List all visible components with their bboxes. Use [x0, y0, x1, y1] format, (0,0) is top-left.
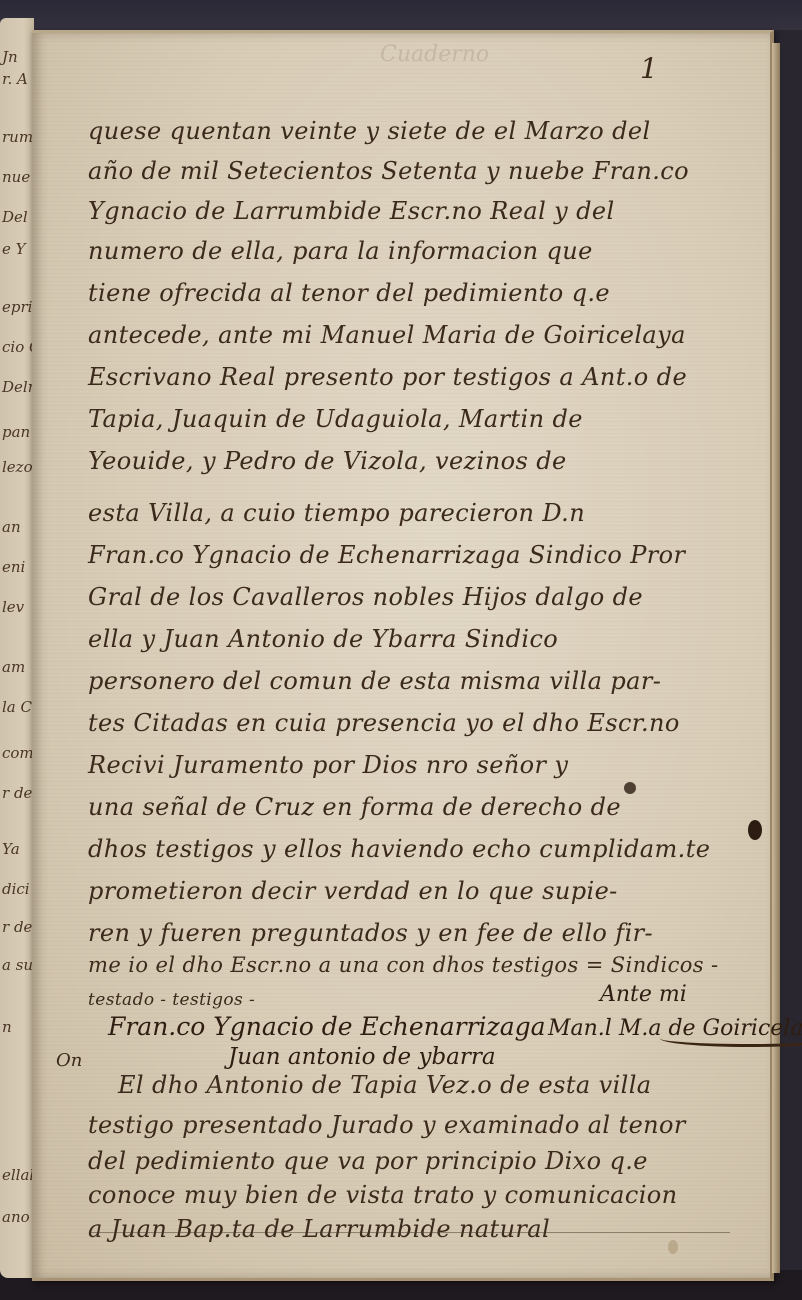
background-top	[0, 0, 802, 30]
bleed-through-text: Cuaderno	[380, 42, 489, 67]
text-line: Recivi Juramento por Dios nro señor y	[88, 750, 768, 780]
prev-page-fragment: com	[2, 744, 34, 762]
prev-page-fragment: n	[2, 1018, 12, 1036]
prev-page-fragment: ellal	[2, 1166, 34, 1184]
prev-page-fragment: pan	[2, 423, 30, 441]
prev-page-fragment: am	[2, 658, 25, 676]
text-line: personero del comun de esta misma villa …	[88, 666, 768, 696]
text-line: a Juan Bap.ta de Larrumbide natural	[88, 1214, 768, 1244]
prev-page-fragment: Ya	[2, 840, 20, 858]
ruled-line	[90, 1232, 730, 1233]
prev-page-fragment: nue	[2, 168, 30, 186]
folio-number: 1	[640, 52, 658, 85]
prev-page-fragment: Delm	[2, 378, 34, 396]
text-line: una señal de Cruz en forma de derecho de	[88, 792, 768, 822]
prev-page-fragment: lev	[2, 598, 24, 616]
prev-page-fragment: ano	[2, 1208, 30, 1226]
prev-page-fragment: Del	[2, 208, 28, 226]
text-line: El dho Antonio de Tapia Vez.o de esta vi…	[118, 1070, 798, 1100]
text-line: conoce muy bien de vista trato y comunic…	[88, 1180, 768, 1210]
signature-ybarra: Juan antonio de ybarra	[228, 1044, 496, 1070]
text-line: año de mil Setecientos Setenta y nuebe F…	[88, 156, 768, 186]
signature-goiricelaya: Man.l M.a de Goiricelaya	[548, 1016, 802, 1041]
signature-ante-mi: Ante mi	[600, 982, 687, 1007]
text-line: ren y fueren preguntados y en fee de ell…	[88, 918, 768, 948]
prev-page-fragment: e Y	[2, 240, 26, 258]
margin-note: On	[56, 1050, 82, 1071]
text-line: tiene ofrecida al tenor del pedimiento q…	[88, 278, 768, 308]
prev-page-fragment: eni	[2, 558, 25, 576]
text-line: dhos testigos y ellos haviendo echo cump…	[88, 834, 768, 864]
text-line: numero de ella, para la informacion que	[88, 236, 768, 266]
signature-echenarrizaga: Fran.co Ygnacio de Echenarrizaga	[108, 1012, 546, 1041]
text-line: esta Villa, a cuio tiempo parecieron D.n	[88, 498, 768, 528]
prev-page-fragment: r. A	[2, 70, 28, 88]
prev-page-fragment: cio C	[2, 338, 34, 356]
text-line: Fran.co Ygnacio de Echenarrizaga Sindico…	[88, 540, 768, 570]
prev-page-fragment: r de	[2, 918, 32, 936]
text-line: testigo presentado Jurado y examinado al…	[88, 1110, 768, 1140]
previous-page-edge: Jn r. A rum nue Del e Y epri cio C Delm …	[0, 18, 34, 1278]
prev-page-fragment: dici	[2, 880, 30, 898]
text-line: prometieron decir verdad en lo que supie…	[88, 876, 768, 906]
text-line: Yeouide, y Pedro de Vizola, vezinos de	[88, 446, 768, 476]
text-line: antecede, ante mi Manuel Maria de Goiric…	[88, 320, 768, 350]
prev-page-fragment: la C	[2, 698, 32, 716]
ink-blot	[748, 820, 762, 840]
text-line: Ygnacio de Larrumbide Escr.no Real y del	[88, 196, 768, 226]
prev-page-fragment: Jn	[2, 48, 18, 66]
text-line: me io el dho Escr.no a una con dhos test…	[88, 950, 768, 980]
prev-page-fragment: an	[2, 518, 21, 536]
prev-page-fragment: rum	[2, 128, 33, 146]
prev-page-fragment: epri	[2, 298, 32, 316]
prev-page-fragment: lezo	[2, 458, 33, 476]
text-line: Escrivano Real presento por testigos a A…	[88, 362, 768, 392]
text-line: Gral de los Cavalleros nobles Hijos dalg…	[88, 582, 768, 612]
text-line: ella y Juan Antonio de Ybarra Sindico	[88, 624, 768, 654]
text-line: quese quentan veinte y siete de el Marzo…	[88, 116, 768, 146]
text-line: Tapia, Juaquin de Udaguiola, Martin de	[88, 404, 768, 434]
text-line: tes Citadas en cuia presencia yo el dho …	[88, 708, 768, 738]
text-line: del pedimiento que va por principio Dixo…	[88, 1146, 768, 1176]
ink-blot	[624, 782, 636, 794]
prev-page-fragment: a su	[2, 956, 33, 974]
prev-page-fragment: r de	[2, 784, 32, 802]
paper-stain	[668, 1240, 678, 1254]
